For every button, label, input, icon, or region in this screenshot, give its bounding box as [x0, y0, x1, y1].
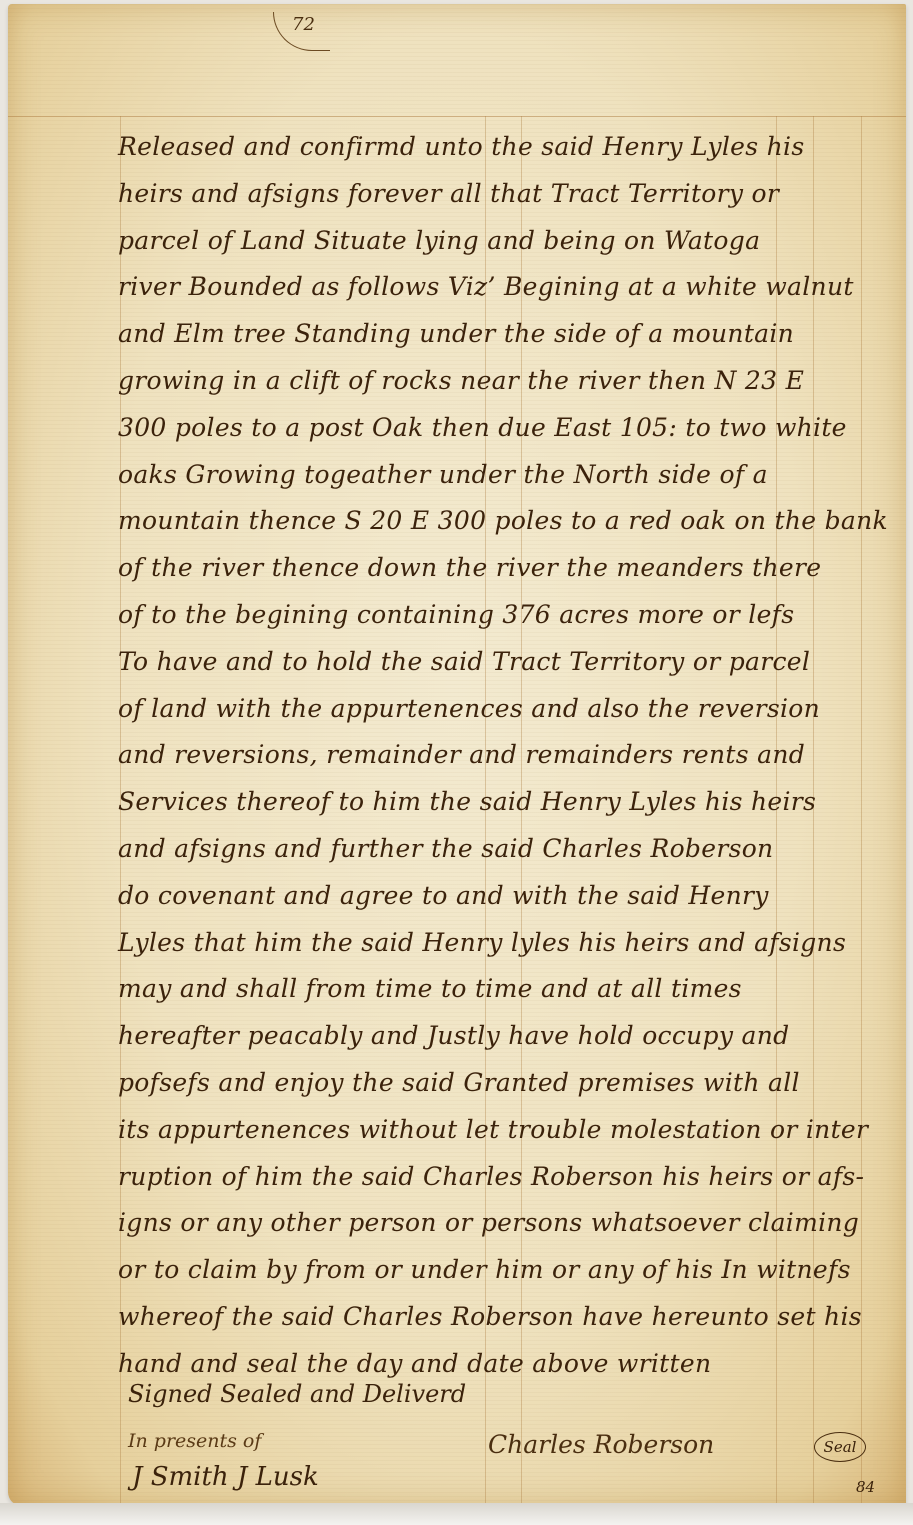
deed-body-text: Released and confirmd unto the said Henr…: [118, 124, 858, 1388]
text-line: Released and confirmd unto the said Henr…: [118, 124, 858, 171]
text-line: its appurtenences without let trouble mo…: [118, 1107, 858, 1154]
witness-signatures: J Smith J Lusk: [132, 1462, 319, 1492]
text-line: 300 poles to a post Oak then due East 10…: [118, 405, 858, 452]
text-line: pofsefs and enjoy the said Granted premi…: [118, 1060, 858, 1107]
text-line: whereof the said Charles Roberson have h…: [118, 1294, 858, 1341]
text-line: To have and to hold the said Tract Terri…: [118, 639, 858, 686]
right-margin-rule: [861, 116, 862, 1506]
grantor-signature: Charles Roberson: [488, 1430, 714, 1459]
signed-sealed-delivered: Signed Sealed and Deliverd: [128, 1380, 466, 1408]
text-line: and reversions, remainder and remainders…: [118, 732, 858, 779]
text-line: heirs and afsigns forever all that Tract…: [118, 171, 858, 218]
seal-mark: Seal: [814, 1432, 866, 1462]
text-line: of to the begining containing 376 acres …: [118, 592, 858, 639]
text-line: ruption of him the said Charles Roberson…: [118, 1154, 858, 1201]
text-line: Lyles that him the said Henry lyles his …: [118, 920, 858, 967]
page-number: 72: [292, 14, 315, 35]
text-line: river Bounded as follows Viz’ Begining a…: [118, 264, 858, 311]
folio-number: 84: [856, 1478, 875, 1496]
text-line: mountain thence S 20 E 300 poles to a re…: [118, 498, 858, 545]
text-line: growing in a clift of rocks near the riv…: [118, 358, 858, 405]
text-line: oaks Growing togeather under the North s…: [118, 452, 858, 499]
top-margin-rule: [8, 116, 906, 117]
text-line: and Elm tree Standing under the side of …: [118, 311, 858, 358]
text-line: of land with the appurtenences and also …: [118, 686, 858, 733]
text-line: parcel of Land Situate lying and being o…: [118, 218, 858, 265]
text-line: Services thereof to him the said Henry L…: [118, 779, 858, 826]
text-line: or to claim by from or under him or any …: [118, 1247, 858, 1294]
in-presence-of-label: In presents of: [128, 1430, 261, 1452]
text-line: of the river thence down the river the m…: [118, 545, 858, 592]
text-line: hereafter peacably and Justly have hold …: [118, 1013, 858, 1060]
text-line: and afsigns and further the said Charles…: [118, 826, 858, 873]
page-bottom-edge: [0, 1503, 913, 1525]
text-line: do covenant and agree to and with the sa…: [118, 873, 858, 920]
text-line: igns or any other person or persons what…: [118, 1200, 858, 1247]
text-line: may and shall from time to time and at a…: [118, 966, 858, 1013]
